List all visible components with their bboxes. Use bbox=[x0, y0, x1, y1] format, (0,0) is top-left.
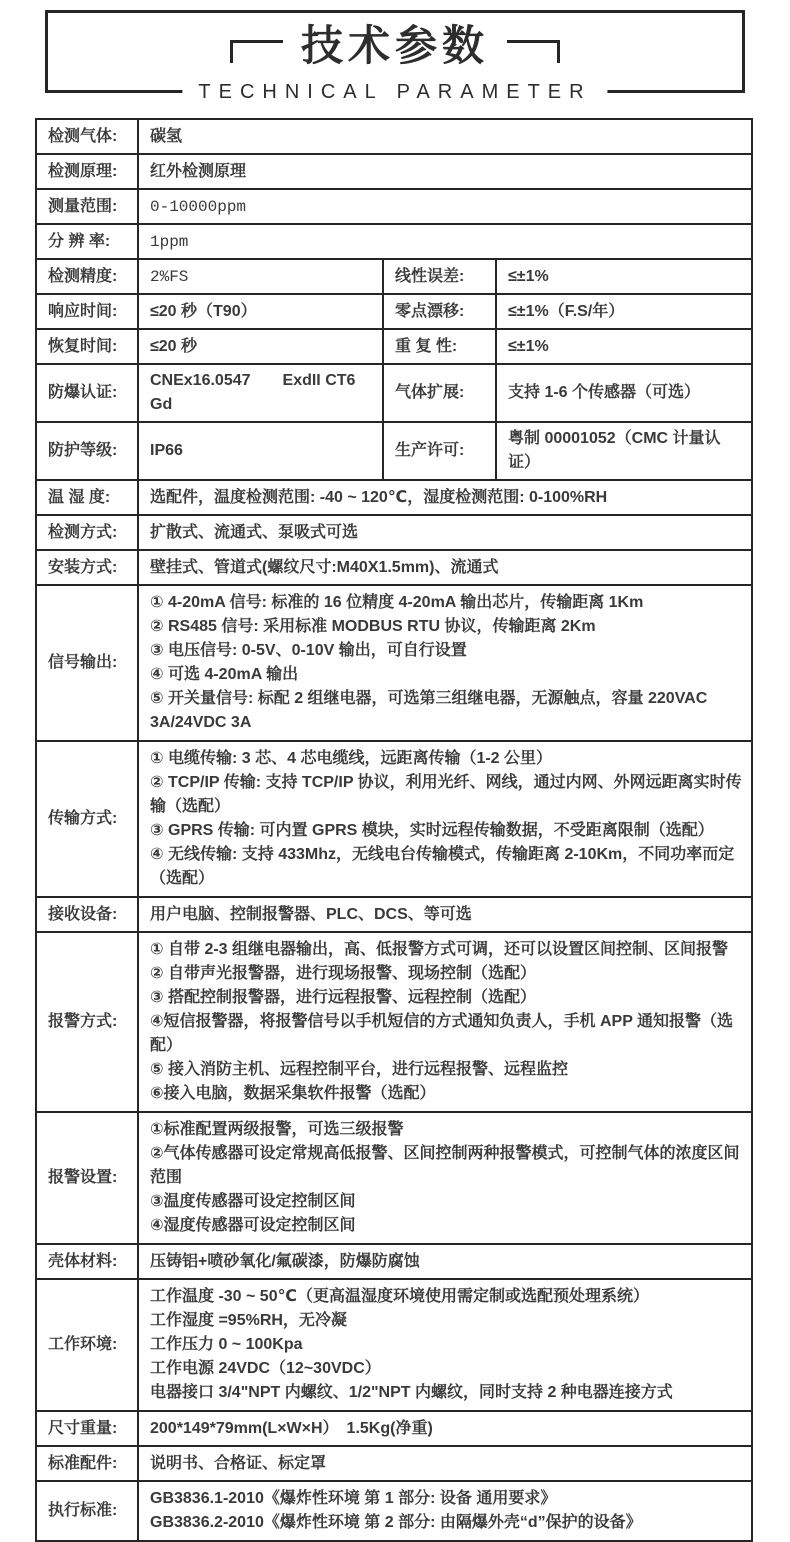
row-label: 执行标准: bbox=[37, 1482, 139, 1540]
row-value-2: ≤±1%（F.S/年） bbox=[497, 295, 751, 328]
row-value: IP66 bbox=[139, 423, 384, 479]
table-row-accuracy: 检测精度: 2%FS 线性误差: ≤±1% bbox=[37, 260, 751, 295]
table-row-receiving-device: 接收设备: 用户电脑、控制报警器、PLC、DCS、等可选 bbox=[37, 898, 751, 933]
row-value: CNEx16.0547 ExdII CT6 Gd bbox=[139, 365, 384, 421]
table-row-detect-principle: 检测原理: 红外检测原理 bbox=[37, 155, 751, 190]
row-value: ≤20 秒 bbox=[139, 330, 384, 363]
row-value: 200*149*79mm(L×W×H） 1.5Kg(净重) bbox=[139, 1412, 751, 1445]
table-row-protection-grade: 防护等级: IP66 生产许可: 粤制 00001052（CMC 计量认证） bbox=[37, 423, 751, 481]
corner-bracket-right-icon bbox=[507, 40, 560, 63]
row-value: ① 自带 2-3 组继电器输出，高、低报警方式可调，还可以设置区间控制、区间报警… bbox=[139, 933, 751, 1111]
table-row-signal-output: 信号输出: ① 4-20mA 信号: 标准的 16 位精度 4-20mA 输出芯… bbox=[37, 586, 751, 742]
row-value: 2%FS bbox=[139, 260, 384, 293]
table-row-detect-mode: 检测方式: 扩散式、流通式、泵吸式可选 bbox=[37, 516, 751, 551]
table-row-response-time: 响应时间: ≤20 秒（T90） 零点漂移: ≤±1%（F.S/年） bbox=[37, 295, 751, 330]
row-label: 工作环境: bbox=[37, 1280, 139, 1410]
row-value: ①标准配置两级报警，可选三级报警 ②气体传感器可设定常规高低报警、区间控制两种报… bbox=[139, 1113, 751, 1243]
row-value: 压铸铝+喷砂氧化/氟碳漆，防爆防腐蚀 bbox=[139, 1245, 751, 1278]
row-label-2: 气体扩展: bbox=[384, 365, 497, 421]
row-value: 0-10000ppm bbox=[139, 190, 751, 223]
row-label: 标准配件: bbox=[37, 1447, 139, 1480]
row-label: 安装方式: bbox=[37, 551, 139, 584]
page-title: 技术参数 bbox=[301, 23, 489, 69]
row-label: 检测气体: bbox=[37, 120, 139, 153]
row-label: 报警设置: bbox=[37, 1113, 139, 1243]
row-label: 响应时间: bbox=[37, 295, 139, 328]
row-label: 分 辨 率: bbox=[37, 225, 139, 258]
row-label: 壳体材料: bbox=[37, 1245, 139, 1278]
table-row-working-environment: 工作环境: 工作温度 -30 ~ 50℃（更高温湿度环境使用需定制或选配预处理系… bbox=[37, 1280, 751, 1412]
row-label: 报警方式: bbox=[37, 933, 139, 1111]
row-value: 扩散式、流通式、泵吸式可选 bbox=[139, 516, 751, 549]
row-label: 检测精度: bbox=[37, 260, 139, 293]
corner-bracket-left-icon bbox=[230, 40, 283, 63]
row-value-2: ≤±1% bbox=[497, 260, 751, 293]
table-row-detect-gas: 检测气体: 碳氢 bbox=[37, 120, 751, 155]
row-value: 1ppm bbox=[139, 225, 751, 258]
row-label: 防护等级: bbox=[37, 423, 139, 479]
row-value: 用户电脑、控制报警器、PLC、DCS、等可选 bbox=[139, 898, 751, 931]
row-label-2: 线性误差: bbox=[384, 260, 497, 293]
row-value: 红外检测原理 bbox=[139, 155, 751, 188]
row-value: 碳氢 bbox=[139, 120, 751, 153]
row-label: 检测原理: bbox=[37, 155, 139, 188]
table-row-explosion-proof-cert: 防爆认证: CNEx16.0547 ExdII CT6 Gd 气体扩展: 支持 … bbox=[37, 365, 751, 423]
row-value-2: 粤制 00001052（CMC 计量认证） bbox=[497, 423, 751, 479]
row-label: 测量范围: bbox=[37, 190, 139, 223]
spec-table: 检测气体: 碳氢 检测原理: 红外检测原理 测量范围: 0-10000ppm 分… bbox=[35, 118, 753, 1542]
row-value: ① 电缆传输: 3 芯、4 芯电缆线，远距离传输（1-2 公里） ② TCP/I… bbox=[139, 742, 751, 896]
row-value: ≤20 秒（T90） bbox=[139, 295, 384, 328]
table-row-alarm-mode: 报警方式: ① 自带 2-3 组继电器输出，高、低报警方式可调，还可以设置区间控… bbox=[37, 933, 751, 1113]
row-label: 恢复时间: bbox=[37, 330, 139, 363]
row-value: GB3836.1-2010《爆炸性环境 第 1 部分: 设备 通用要求》 GB3… bbox=[139, 1482, 751, 1540]
table-row-measure-range: 测量范围: 0-10000ppm bbox=[37, 190, 751, 225]
page-subtitle: TECHNICAL PARAMETER bbox=[182, 81, 607, 104]
row-value-2: 支持 1-6 个传感器（可选） bbox=[497, 365, 751, 421]
row-value: ① 4-20mA 信号: 标准的 16 位精度 4-20mA 输出芯片，传输距离… bbox=[139, 586, 751, 740]
row-value: 壁挂式、管道式(螺纹尺寸:M40X1.5mm)、流通式 bbox=[139, 551, 751, 584]
page: 技术参数 TECHNICAL PARAMETER 检测气体: 碳氢 检测原理: … bbox=[0, 10, 790, 1542]
table-row-transmission-mode: 传输方式: ① 电缆传输: 3 芯、4 芯电缆线，远距离传输（1-2 公里） ②… bbox=[37, 742, 751, 898]
header: 技术参数 TECHNICAL PARAMETER bbox=[45, 10, 745, 93]
title-row: 技术参数 bbox=[48, 13, 742, 69]
row-label-2: 零点漂移: bbox=[384, 295, 497, 328]
row-label: 尺寸重量: bbox=[37, 1412, 139, 1445]
row-value: 选配件，温度检测范围: -40 ~ 120℃，湿度检测范围: 0-100%RH bbox=[139, 481, 751, 514]
row-label: 防爆认证: bbox=[37, 365, 139, 421]
row-label: 温 湿 度: bbox=[37, 481, 139, 514]
table-row-install-mode: 安装方式: 壁挂式、管道式(螺纹尺寸:M40X1.5mm)、流通式 bbox=[37, 551, 751, 586]
table-row-size-weight: 尺寸重量: 200*149*79mm(L×W×H） 1.5Kg(净重) bbox=[37, 1412, 751, 1447]
table-row-temp-humidity: 温 湿 度: 选配件，温度检测范围: -40 ~ 120℃，湿度检测范围: 0-… bbox=[37, 481, 751, 516]
table-row-resolution: 分 辨 率: 1ppm bbox=[37, 225, 751, 260]
row-value: 工作温度 -30 ~ 50℃（更高温湿度环境使用需定制或选配预处理系统） 工作湿… bbox=[139, 1280, 751, 1410]
row-label-2: 重 复 性: bbox=[384, 330, 497, 363]
table-row-recovery-time: 恢复时间: ≤20 秒 重 复 性: ≤±1% bbox=[37, 330, 751, 365]
row-label: 检测方式: bbox=[37, 516, 139, 549]
table-row-alarm-settings: 报警设置: ①标准配置两级报警，可选三级报警 ②气体传感器可设定常规高低报警、区… bbox=[37, 1113, 751, 1245]
table-row-executive-standard: 执行标准: GB3836.1-2010《爆炸性环境 第 1 部分: 设备 通用要… bbox=[37, 1482, 751, 1540]
table-row-standard-accessories: 标准配件: 说明书、合格证、标定罩 bbox=[37, 1447, 751, 1482]
row-label: 信号输出: bbox=[37, 586, 139, 740]
row-label: 传输方式: bbox=[37, 742, 139, 896]
row-value-2: ≤±1% bbox=[497, 330, 751, 363]
row-label-2: 生产许可: bbox=[384, 423, 497, 479]
table-row-shell-material: 壳体材料: 压铸铝+喷砂氧化/氟碳漆，防爆防腐蚀 bbox=[37, 1245, 751, 1280]
row-label: 接收设备: bbox=[37, 898, 139, 931]
row-value: 说明书、合格证、标定罩 bbox=[139, 1447, 751, 1480]
